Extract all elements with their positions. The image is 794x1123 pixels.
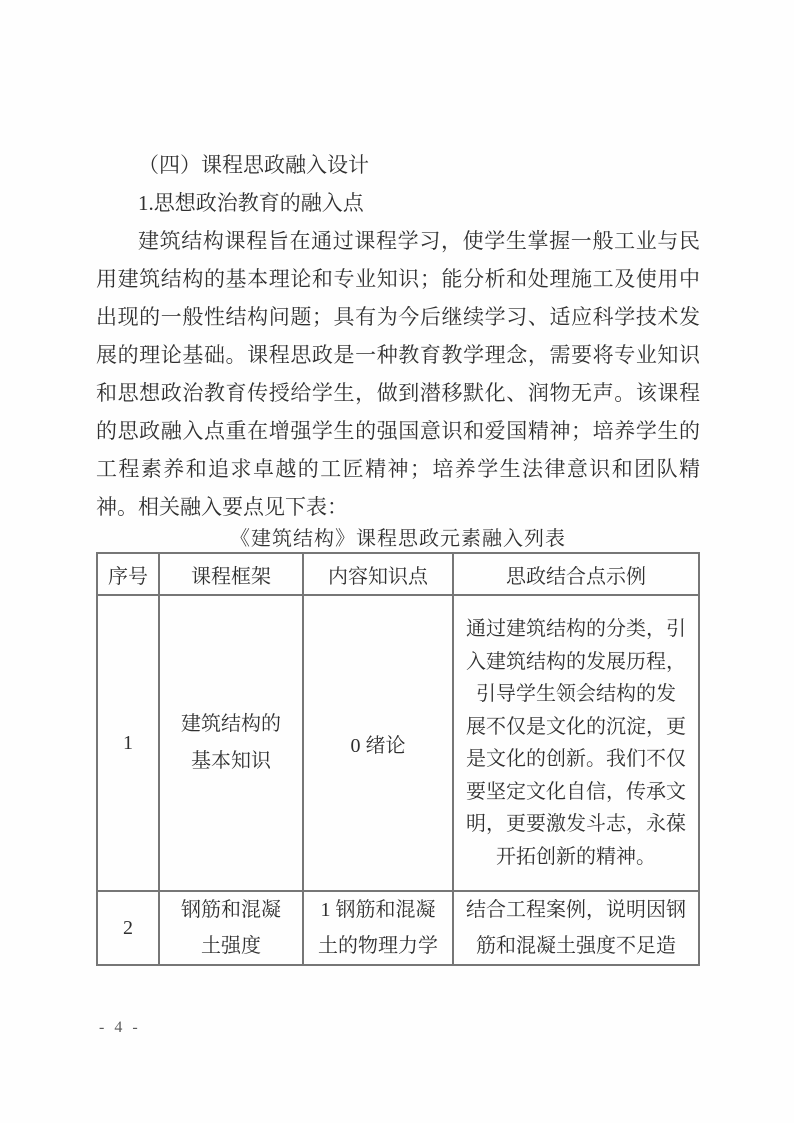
table-caption: 《建筑结构》课程思政元素融入列表 bbox=[96, 526, 700, 552]
cell-line: 建筑结构的 bbox=[160, 706, 302, 743]
cell-line: 筋和混凝土强度不足造 bbox=[454, 928, 698, 964]
paragraph-line: 和思想政治教育传授给学生，做到潜移默化、润物无声。该课程 bbox=[96, 374, 700, 412]
page-content: （四）课程思政融入设计 1.思想政治教育的融入点 建筑结构课程旨在通过课程学习，… bbox=[96, 146, 700, 966]
paragraph-line: 展的理论基础。课程思政是一种教育教学理念，需要将专业知识 bbox=[96, 336, 700, 374]
cell-line: 钢筋和混凝 bbox=[160, 892, 302, 928]
paragraph-line: 出现的一般性结构问题；具有为今后继续学习、适应科学技术发 bbox=[96, 298, 700, 336]
table-header-row: 序号 课程框架 内容知识点 思政结合点示例 bbox=[97, 553, 699, 595]
paragraph-line: 工程素养和追求卓越的工匠精神；培养学生法律意识和团队精 bbox=[96, 450, 700, 488]
header-cell-no: 序号 bbox=[97, 553, 159, 595]
cell-line: 入建筑结构的发展历程， bbox=[454, 646, 698, 679]
header-cell-example: 思政结合点示例 bbox=[453, 553, 699, 595]
cell-course-framework: 钢筋和混凝 土强度 bbox=[159, 891, 303, 965]
cell-line: 展不仅是文化的沉淀，更 bbox=[454, 711, 698, 744]
cell-line: 通过建筑结构的分类，引 bbox=[454, 613, 698, 646]
table-row: 2 钢筋和混凝 土强度 1 钢筋和混凝 土的物理力学 结合工程案例，说明因钢 筋… bbox=[97, 891, 699, 965]
cell-line: 结合工程案例，说明因钢 bbox=[454, 892, 698, 928]
cell-ideological-example: 结合工程案例，说明因钢 筋和混凝土强度不足造 bbox=[453, 891, 699, 965]
header-cell-framework: 课程框架 bbox=[159, 553, 303, 595]
cell-line: 基本知识 bbox=[160, 743, 302, 780]
cell-knowledge-point: 1 钢筋和混凝 土的物理力学 bbox=[303, 891, 453, 965]
cell-line: 明，更要激发斗志，永葆 bbox=[454, 808, 698, 841]
cell-knowledge-point: 0 绪论 bbox=[303, 595, 453, 891]
cell-row-number: 1 bbox=[97, 595, 159, 891]
paragraph-line: 建筑结构课程旨在通过课程学习，使学生掌握一般工业与民 bbox=[96, 222, 700, 260]
paragraph-line: 神。相关融入要点见下表： bbox=[96, 488, 700, 526]
table-row: 1 建筑结构的 基本知识 0 绪论 通过建筑结构的分类，引 入建筑结构的发展历程… bbox=[97, 595, 699, 891]
cell-row-number: 2 bbox=[97, 891, 159, 965]
paragraph-line: 用建筑结构的基本理论和专业知识；能分析和处理施工及使用中 bbox=[96, 260, 700, 298]
paragraph-line: 的思政融入点重在增强学生的强国意识和爱国精神；培养学生的 bbox=[96, 412, 700, 450]
header-cell-knowledge: 内容知识点 bbox=[303, 553, 453, 595]
cell-ideological-example: 通过建筑结构的分类，引 入建筑结构的发展历程， 引导学生领会结构的发 展不仅是文… bbox=[453, 595, 699, 891]
cell-line: 要坚定文化自信，传承文 bbox=[454, 776, 698, 809]
body-paragraph: 建筑结构课程旨在通过课程学习，使学生掌握一般工业与民 用建筑结构的基本理论和专业… bbox=[96, 222, 700, 526]
cell-course-framework: 建筑结构的 基本知识 bbox=[159, 595, 303, 891]
page-number: - 4 - bbox=[99, 1019, 141, 1037]
document-page: （四）课程思政融入设计 1.思想政治教育的融入点 建筑结构课程旨在通过课程学习，… bbox=[0, 0, 794, 1123]
cell-line: 开拓创新的精神。 bbox=[454, 841, 698, 874]
section-heading: （四）课程思政融入设计 bbox=[96, 146, 700, 184]
cell-line: 是文化的创新。我们不仅 bbox=[454, 743, 698, 776]
cell-line: 引导学生领会结构的发 bbox=[454, 678, 698, 711]
cell-line: 土的物理力学 bbox=[304, 928, 452, 964]
cell-line: 1 钢筋和混凝 bbox=[304, 892, 452, 928]
ideological-elements-table: 序号 课程框架 内容知识点 思政结合点示例 1 建筑结构的 基本知识 0 绪论 … bbox=[96, 552, 700, 966]
subsection-heading: 1.思想政治教育的融入点 bbox=[96, 184, 700, 222]
cell-line: 土强度 bbox=[160, 928, 302, 964]
